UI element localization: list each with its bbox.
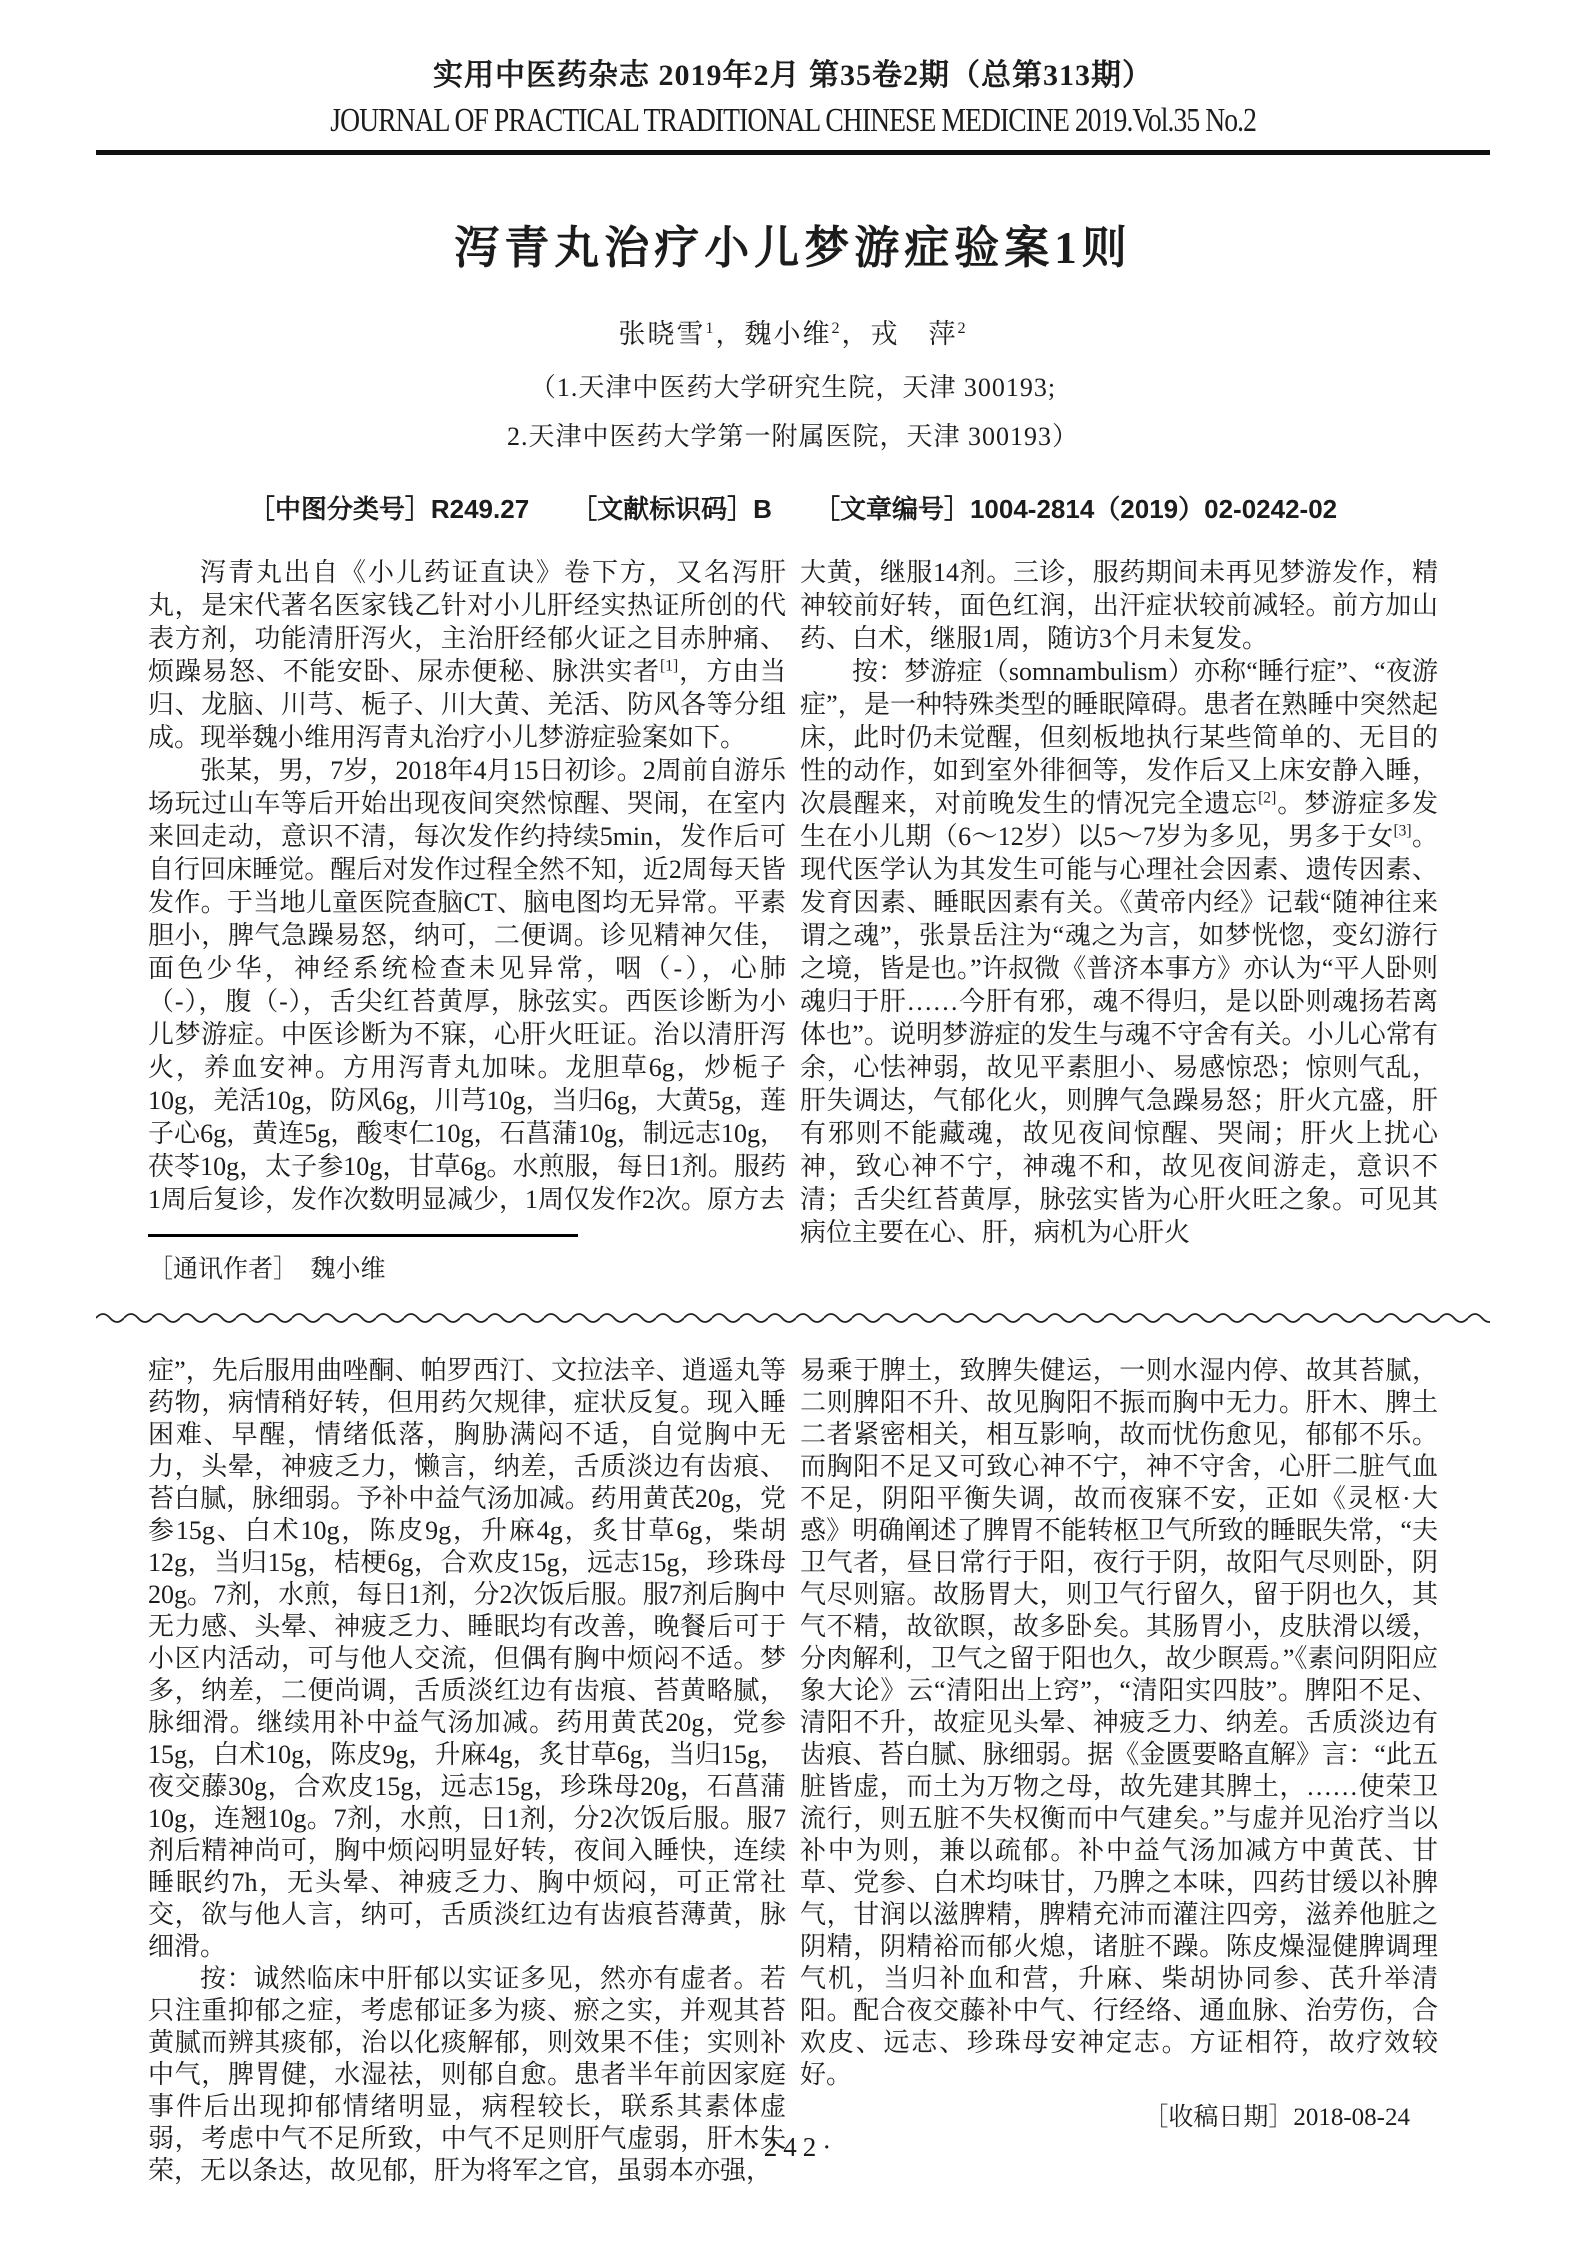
body-paragraph: 泻青丸出自《小儿药证直诀》卷下方，又名泻肝丸，是宋代著名医家钱乙针对小儿肝经实热… [148,556,786,754]
corresponding-author-note: ［通讯作者］ 魏小维 [148,1249,786,1285]
page-number: ·242· [0,2132,1586,2163]
section-2-right-column: 易乘于脾土，致脾失健运，一则水湿内停、故其苔腻，二则脾阳不升、故见胸阳不振而胸中… [800,1355,1438,2187]
section-2-left-column: 症”，先后服用曲唑酮、帕罗西汀、文拉法辛、逍遥丸等药物，病情稍好转，但用药欠规律… [148,1355,786,2187]
section-1-right-column: 大黄，继服14剂。三诊，服药期间未再见梦游发作，精神较前好转，面色红润，出汗症状… [800,556,1438,1285]
journal-name-en: JOURNAL OF PRACTICAL TRADITIONAL CHINESE… [148,104,1438,138]
section-2: 症”，先后服用曲唑酮、帕罗西汀、文拉法辛、逍遥丸等药物，病情稍好转，但用药欠规律… [148,1355,1438,2187]
body-paragraph: 按：梦游症（somnambulism）亦称“睡行症”、“夜游症”，是一种特殊类型… [800,655,1438,1249]
received-date: ［收稿日期］2018-08-24 [800,2097,1438,2133]
section-1-left-column: 泻青丸出自《小儿药证直诀》卷下方，又名泻肝丸，是宋代著名医家钱乙针对小儿肝经实热… [148,556,786,1285]
wavy-divider-svg [96,1307,1490,1323]
article-title: 泻青丸治疗小儿梦游症验案1则 [148,211,1438,276]
journal-name-cn: 实用中医药杂志 2019年2月 第35卷2期（总第313期） [148,50,1438,94]
affiliation-line-1: （1.天津中医药大学研究生院，天津 300193; [148,367,1438,404]
authors-line: 张晓雪1，魏小维2，戎 萍2 [148,312,1438,351]
affiliation-line-2: 2.天津中医药大学第一附属医院，天津 300193） [148,416,1438,453]
body-paragraph: 易乘于脾土，致脾失健运，一则水湿内停、故其苔腻，二则脾阳不升、故见胸阳不振而胸中… [800,1355,1438,2091]
footnote-rule [148,1234,578,1237]
wavy-divider [96,1307,1490,1323]
meta-article-id: ［文章编号］1004-2814（2019）02-0242-02 [814,489,1337,526]
journal-page: 实用中医药杂志 2019年2月 第35卷2期（总第313期） JOURNAL O… [0,0,1586,2187]
body-paragraph: 张某，男，7岁，2018年4月15日初诊。2周前自游乐场玩过山车等后开始出现夜间… [148,754,786,1216]
journal-name-en-text: JOURNAL OF PRACTICAL TRADITIONAL CHINESE… [330,102,1256,140]
body-paragraph: 大黄，继服14剂。三诊，服药期间未再见梦游发作，精神较前好转，面色红润，出汗症状… [800,556,1438,655]
meta-doc-code: ［文献标识码］B [571,489,772,526]
meta-line: ［中图分类号］R249.27 ［文献标识码］B ［文章编号］1004-2814（… [148,489,1438,526]
meta-clc: ［中图分类号］R249.27 [249,489,529,526]
body-paragraph: 症”，先后服用曲唑酮、帕罗西汀、文拉法辛、逍遥丸等药物，病情稍好转，但用药欠规律… [148,1355,786,1963]
section-1: 泻青丸出自《小儿药证直诀》卷下方，又名泻肝丸，是宋代著名医家钱乙针对小儿肝经实热… [148,556,1438,1285]
header-rule [96,150,1490,155]
